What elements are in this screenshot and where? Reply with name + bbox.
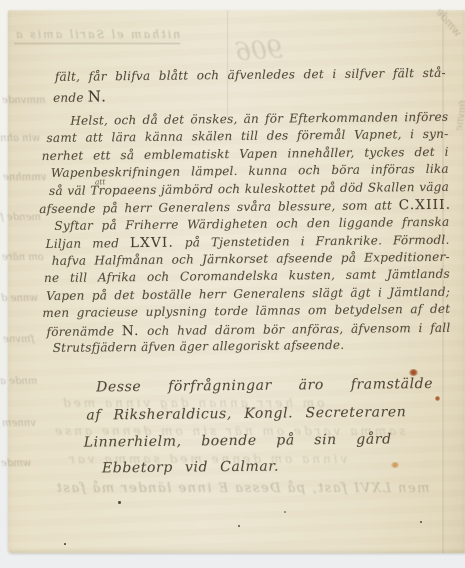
initial-letter-N: N. <box>122 323 140 339</box>
manuscript-line: afseende på herr Generalens svåra blessu… <box>39 197 451 217</box>
manuscript-line: Wapenbeskrifningen lämpel. kunna och bör… <box>51 162 449 180</box>
manuscript-line: Vapen på det boställe herr Generalens sl… <box>46 285 450 303</box>
manuscript-line: Strutsfjädern äfven äger allegoriskt afs… <box>53 338 345 355</box>
word: ende <box>53 91 84 105</box>
manuscript-line: förenämde N. och hvad därom bör anföras,… <box>46 320 450 340</box>
manuscript-line: men gracieuse uplysning torde lämnas om … <box>42 302 450 320</box>
numeral-LXVI: LXVI. <box>130 235 174 251</box>
manuscript-scan: nitham el Saril amis a 906 men LXVI fast… <box>0 0 465 568</box>
handwriting-layer: fält, får blifva blått och äfvenledes de… <box>0 0 465 568</box>
line-text: Förmodl. <box>393 233 450 248</box>
manuscript-line: samt att lära känna skälen till des före… <box>46 127 448 145</box>
initial-letter-N: N. <box>88 87 108 105</box>
line-text: Liljan med <box>45 236 119 251</box>
manuscript-line: fält, får blifva blått och äfvenledes de… <box>55 66 446 84</box>
closing-line: Ebbetorp vid Calmar. <box>102 459 279 477</box>
manuscript-line: Helst, och då det önskes, än för Efterko… <box>70 110 448 128</box>
line-text: förenämde <box>46 324 114 339</box>
manuscript-line: ende N. <box>53 87 107 106</box>
manuscript-line: Liljan med LXVI. på Tjenstetiden i Frank… <box>45 232 449 252</box>
manuscript-line: så väl Tropaeens jämbörd och kuleskottet… <box>49 180 449 198</box>
line-text: på Tjenstetiden i Frankrike. <box>185 233 382 249</box>
closing-line: af Riksheraldicus, Kongl. Secreteraren <box>86 404 406 423</box>
manuscript-line: hafva Halfmånan och Järnkorset afseende … <box>52 250 450 268</box>
manuscript-line: ne till Afrika och Coromandelska kusten,… <box>44 267 450 285</box>
line-text: afseende på herr Generalens svåra blessu… <box>39 198 392 216</box>
manuscript-line: Syftar på Friherre Wärdigheten och den l… <box>54 215 449 233</box>
closing-line: Linnerhielm, boende på sin gård <box>84 431 392 450</box>
manuscript-line: nerhet ett så emblematiskt Vapen innehål… <box>42 145 449 163</box>
closing-line: Desse förfrågningar äro framstälde <box>96 376 433 396</box>
numeral-CXIII: C.XIII. <box>399 197 452 214</box>
line-text: och hvad därom bör anföras, äfvensom i f… <box>147 321 451 338</box>
